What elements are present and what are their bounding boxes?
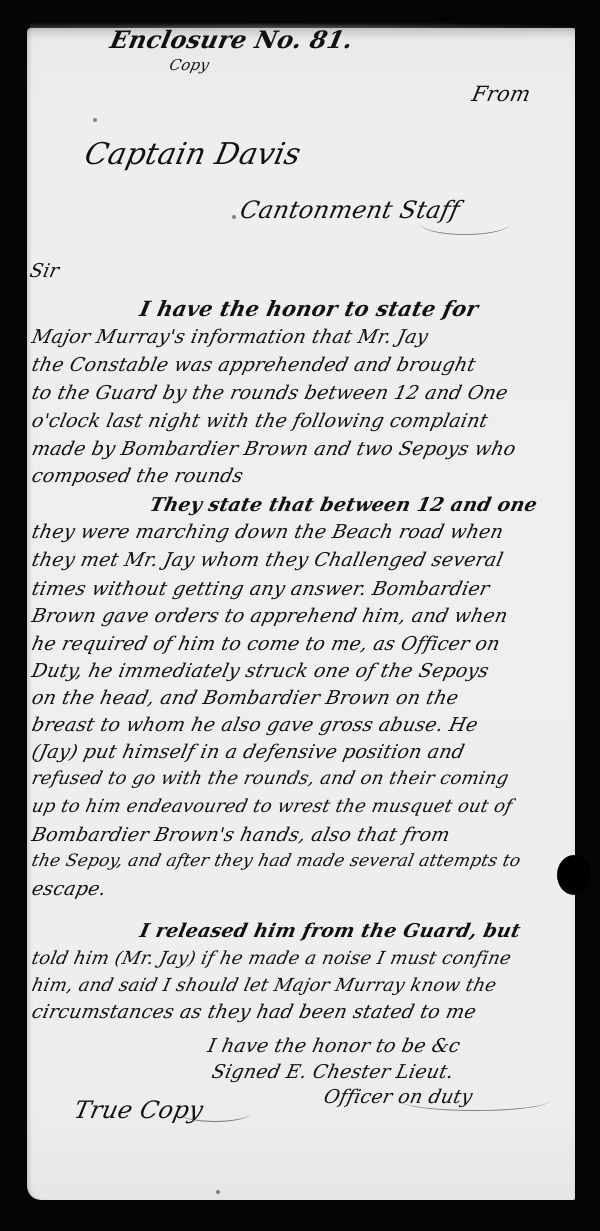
body-line: Brown gave orders to apprehend him, and …: [30, 607, 509, 626]
body-line: they met Mr. Jay whom they Challenged se…: [30, 551, 505, 570]
from-label: From: [470, 84, 532, 105]
body-line: told him (Mr. Jay) if he made a noise I …: [30, 950, 513, 968]
salutation: Sir: [28, 262, 61, 281]
body-line: he required of him to come to me, as Off…: [30, 635, 502, 654]
body-line: refused to go with the rounds, and on th…: [30, 770, 510, 788]
body-line: Bombardier Brown's hands, also that from: [30, 826, 452, 845]
body-line: escape.: [30, 880, 108, 899]
body-line: Major Murray's information that Mr. Jay: [30, 328, 430, 347]
signature: Signed E. Chester Lieut.: [210, 1063, 455, 1082]
ink-flourish: [180, 1105, 250, 1122]
body-line: Duty, he immediately struck one of the S…: [30, 662, 490, 681]
body-line: up to him endeavoured to wrest the musqu…: [30, 798, 514, 816]
body-line: They state that between 12 and one: [148, 496, 539, 515]
copy-note: Copy: [168, 58, 211, 73]
body-line: to the Guard by the rounds between 12 an…: [30, 384, 509, 403]
body-line: made by Bombardier Brown and two Sepoys …: [30, 440, 517, 459]
body-line: (Jay) put himself in a defensive positio…: [30, 743, 466, 762]
complimentary-close: I have the honor to be &c: [206, 1037, 462, 1056]
body-line: on the head, and Bombardier Brown on the: [30, 689, 460, 708]
sender-name: Captain Davis: [82, 140, 303, 170]
body-line: o'clock last night with the following co…: [30, 412, 490, 431]
body-line: breast to whom he also gave gross abuse.…: [30, 716, 479, 735]
punch-hole: [557, 855, 591, 895]
ink-speck: [216, 1190, 220, 1194]
body-line: I released him from the Guard, but: [138, 922, 522, 941]
body-line: composed the rounds: [30, 467, 245, 486]
enclosure-number: Enclosure No. 81.: [108, 28, 355, 52]
body-line: the Sepoy, and after they had made sever…: [30, 853, 522, 870]
ink-speck: [93, 118, 97, 122]
ink-speck: [232, 215, 236, 219]
ink-flourish: [400, 1090, 550, 1111]
body-line: I have the honor to state for: [138, 298, 480, 319]
body-line: times without getting any answer. Bombar…: [30, 580, 491, 599]
body-line: him, and said I should let Major Murray …: [30, 977, 498, 995]
body-line: they were marching down the Beach road w…: [30, 523, 505, 542]
body-line: circumstances as they had been stated to…: [30, 1003, 478, 1022]
body-line: the Constable was apprehended and brough…: [30, 356, 477, 375]
ink-flourish: [420, 212, 510, 235]
